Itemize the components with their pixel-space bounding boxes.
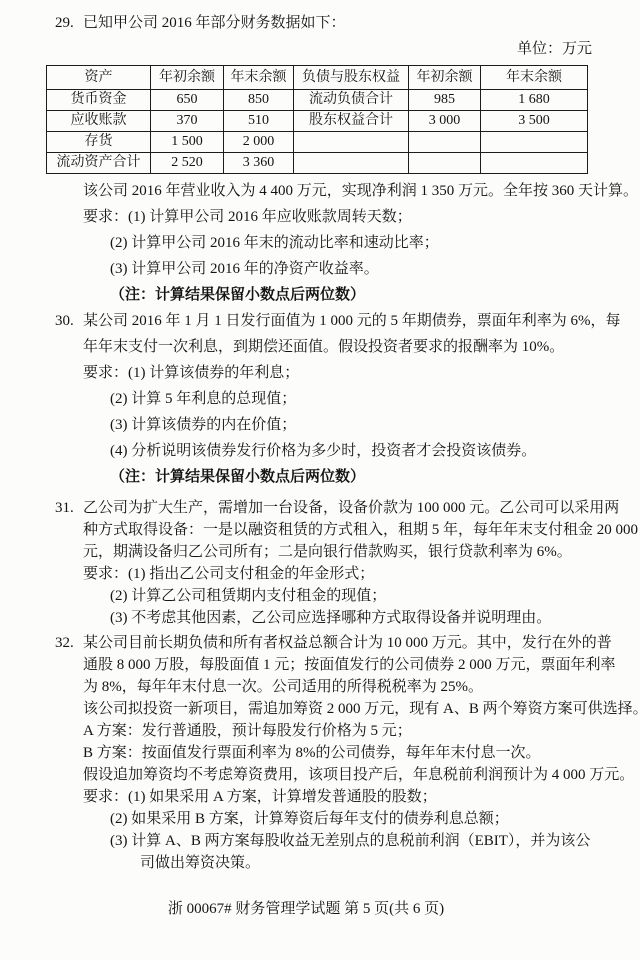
table-cell	[294, 132, 409, 153]
table-header-row: 资产 年初余额 年末余额 负债与股东权益 年初余额 年末余额	[47, 66, 588, 90]
table-cell: 850	[224, 90, 294, 111]
question-29-requirements: 要求：(1) 计算甲公司 2016 年应收账款周转天数；	[83, 204, 630, 230]
table-cell: 370	[151, 111, 224, 132]
table-cell: 股东权益合计	[294, 111, 409, 132]
table-cell: 3 000	[409, 111, 481, 132]
question-29-paragraph: 该公司 2016 年营业收入为 4 400 万元，实现净利润 1 350 万元。…	[83, 178, 630, 204]
table-row: 应收账款 370 510 股东权益合计 3 000 3 500	[47, 111, 588, 132]
question-30-text-1: 某公司 2016 年 1 月 1 日发行面值为 1 000 元的 5 年期债券，…	[83, 313, 621, 329]
question-32-line-2: 通股 8 000 万股，每股面值 1 元；按面值发行的公司债券 2 000 万元…	[83, 654, 630, 676]
table-cell: 650	[151, 90, 224, 111]
requirements-label: 要求：	[83, 365, 128, 381]
question-29-intro-text: 已知甲公司 2016 年部分财务数据如下：	[83, 15, 346, 31]
requirement-item-1: (1) 指出乙公司支付租金的年金形式；	[128, 566, 374, 582]
table-cell	[481, 153, 588, 174]
plan-a-line: A 方案：发行普通股，预计每股发行价格为 5 元；	[83, 720, 630, 742]
question-32-line-3: 为 8%，每年年末付息一次。公司适用的所得税税率为 25%。	[83, 676, 630, 698]
question-30-note: （注：计算结果保留小数点后两位数）	[83, 464, 630, 490]
page-footer: 浙 00067# 财务管理学试题 第 5 页(共 6 页)	[0, 896, 612, 922]
requirement-item-1: (1) 如果采用 A 方案，计算增发普通股的股数；	[128, 789, 437, 805]
question-32-text-1: 某公司目前长期负债和所有者权益总额合计为 10 000 万元。其中，发行在外的普	[83, 635, 612, 651]
plan-b-line: B 方案：按面值发行票面利率为 8%的公司债券，每年年末付息一次。	[83, 742, 630, 764]
table-cell: 2 520	[151, 153, 224, 174]
question-30-number: 30.	[55, 308, 83, 334]
requirement-item-3: (3) 计算 A、B 两方案每股收益无差别点的息税前利润（EBIT），并为该公	[83, 830, 630, 852]
question-32-requirements: 要求：(1) 如果采用 A 方案，计算增发普通股的股数；	[83, 786, 630, 808]
table-cell: 货币资金	[47, 90, 151, 111]
requirement-item-3: (3) 计算该债券的内在价值；	[83, 412, 630, 438]
unit-label: 单位：万元	[83, 36, 630, 62]
table-cell	[294, 153, 409, 174]
table-cell: 985	[409, 90, 481, 111]
question-32-number: 32.	[55, 632, 83, 654]
table-cell: 1 500	[151, 132, 224, 153]
requirements-label: 要求：	[83, 566, 128, 582]
requirements-label: 要求：	[83, 789, 128, 805]
requirement-item-2: (2) 计算 5 年利息的总现值；	[83, 386, 630, 412]
table-cell: 3 500	[481, 111, 588, 132]
question-32-line-7: 假设追加筹资均不考虑筹资费用，该项目投产后，年息税前利润预计为 4 000 万元…	[83, 764, 630, 786]
question-31-text-1: 乙公司为扩大生产，需增加一台设备，设备价款为 100 000 元。乙公司可以采用…	[83, 500, 619, 516]
question-32-line-1: 32. 某公司目前长期负债和所有者权益总额合计为 10 000 万元。其中，发行…	[83, 632, 630, 654]
table-cell: 1 680	[481, 90, 588, 111]
requirement-item-2: (2) 计算乙公司租赁期内支付租金的现值；	[83, 585, 630, 607]
requirement-item-4: (4) 分析说明该债券发行价格为多少时，投资者才会投资该债券。	[83, 438, 630, 464]
requirement-item-2: (2) 如果采用 B 方案，计算筹资后每年支付的债券利息总额；	[83, 808, 630, 830]
exam-page: 29. 已知甲公司 2016 年部分财务数据如下： 单位：万元 资产 年初余额 …	[0, 0, 640, 960]
requirement-item-3: (3) 不考虑其他因素，乙公司应选择哪种方式取得设备并说明理由。	[83, 607, 630, 629]
requirement-item-1: (1) 计算该债券的年利息；	[128, 365, 299, 381]
requirements-label: 要求：	[83, 209, 128, 225]
table-cell: 510	[224, 111, 294, 132]
header-assets: 资产	[47, 66, 151, 90]
question-31: 31. 乙公司为扩大生产，需增加一台设备，设备价款为 100 000 元。乙公司…	[55, 497, 630, 629]
table-cell: 流动负债合计	[294, 90, 409, 111]
question-30: 30. 某公司 2016 年 1 月 1 日发行面值为 1 000 元的 5 年…	[55, 308, 630, 490]
header-end-balance-assets: 年末余额	[224, 66, 294, 90]
question-30-line-2: 年年末支付一次利息，到期偿还面值。假设投资者要求的报酬率为 10%。	[83, 334, 630, 360]
question-29-note: （注：计算结果保留小数点后两位数）	[83, 282, 630, 308]
requirement-item-3: (3) 计算甲公司 2016 年的净资产收益率。	[83, 256, 630, 282]
table-cell: 应收账款	[47, 111, 151, 132]
requirement-item-1: (1) 计算甲公司 2016 年应收账款周转天数；	[128, 209, 412, 225]
question-29-intro-line: 29. 已知甲公司 2016 年部分财务数据如下：	[83, 10, 630, 36]
question-32-line-4: 该公司拟投资一新项目，需追加筹资 2 000 万元，现有 A、B 两个筹资方案可…	[83, 698, 630, 720]
question-31-line-3: 元，期满设备归乙公司所有；二是向银行借款购买，银行贷款利率为 6%。	[83, 541, 630, 563]
table-row: 存货 1 500 2 000	[47, 132, 588, 153]
question-29-number: 29.	[55, 10, 83, 36]
question-30-requirements: 要求：(1) 计算该债券的年利息；	[83, 360, 630, 386]
header-end-balance-liab: 年末余额	[481, 66, 588, 90]
table-row: 流动资产合计 2 520 3 360	[47, 153, 588, 174]
question-30-line-1: 30. 某公司 2016 年 1 月 1 日发行面值为 1 000 元的 5 年…	[83, 308, 630, 334]
table-row: 货币资金 650 850 流动负债合计 985 1 680	[47, 90, 588, 111]
question-29: 29. 已知甲公司 2016 年部分财务数据如下： 单位：万元 资产 年初余额 …	[55, 10, 630, 308]
requirement-item-3-continued: 司做出筹资决策。	[83, 852, 630, 874]
header-begin-balance-assets: 年初余额	[151, 66, 224, 90]
table-cell	[409, 153, 481, 174]
header-begin-balance-liab: 年初余额	[409, 66, 481, 90]
table-cell	[481, 132, 588, 153]
header-liabilities-equity: 负债与股东权益	[294, 66, 409, 90]
question-31-requirements: 要求：(1) 指出乙公司支付租金的年金形式；	[83, 563, 630, 585]
requirement-item-2: (2) 计算甲公司 2016 年末的流动比率和速动比率；	[83, 230, 630, 256]
table-cell: 3 360	[224, 153, 294, 174]
table-cell: 2 000	[224, 132, 294, 153]
question-31-line-1: 31. 乙公司为扩大生产，需增加一台设备，设备价款为 100 000 元。乙公司…	[83, 497, 630, 519]
table-cell: 流动资产合计	[47, 153, 151, 174]
question-31-number: 31.	[55, 497, 83, 519]
table-cell	[409, 132, 481, 153]
question-31-line-2: 种方式取得设备：一是以融资租赁的方式租入，租期 5 年，每年年末支付租金 20 …	[83, 519, 630, 541]
table-cell: 存货	[47, 132, 151, 153]
financial-data-table: 资产 年初余额 年末余额 负债与股东权益 年初余额 年末余额 货币资金 650 …	[46, 65, 588, 174]
question-32: 32. 某公司目前长期负债和所有者权益总额合计为 10 000 万元。其中，发行…	[55, 632, 630, 874]
